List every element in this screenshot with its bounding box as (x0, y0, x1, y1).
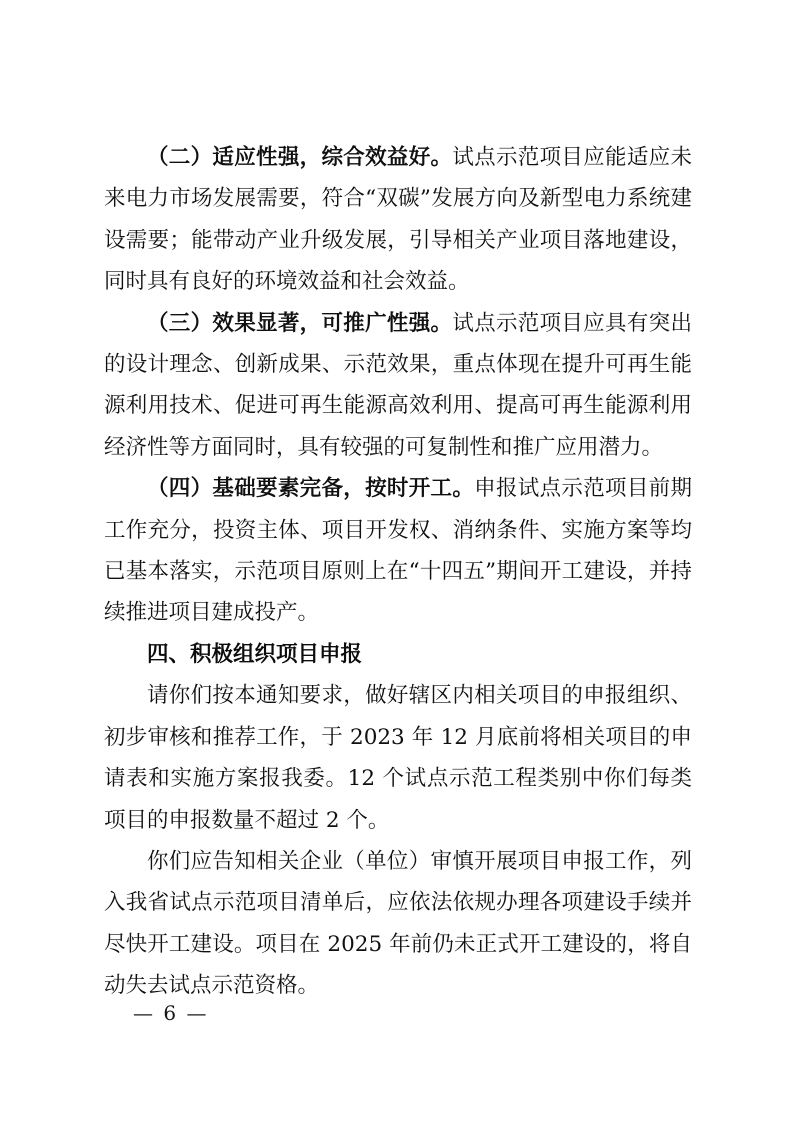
paragraph-bold-lead: （三）效果显著，可推广性强。 (147, 311, 452, 336)
paragraph-text: 你们应告知相关企业（单位）审慎开展项目申报工作，列入我省试点示范项目清单后，应依… (104, 849, 692, 998)
paragraph-bold-lead: （四）基础要素完备，按时开工。 (147, 476, 474, 501)
section-heading-four: 四、积极组织项目申报 (104, 634, 692, 675)
document-body: （二）适应性强，综合效益好。试点示范项目应能适应未来电力市场发展需要，符合“双碳… (104, 137, 692, 1007)
page-number: — 6 — (133, 998, 208, 1028)
paragraph-item-2: （二）适应性强，综合效益好。试点示范项目应能适应未来电力市场发展需要，符合“双碳… (104, 137, 692, 303)
paragraph-item-3: （三）效果显著，可推广性强。试点示范项目应具有突出的设计理念、创新成果、示范效果… (104, 303, 692, 469)
paragraph-bold-lead: （二）适应性强，综合效益好。 (147, 145, 452, 170)
paragraph-application: 请你们按本通知要求，做好辖区内相关项目的申报组织、初步审核和推荐工作，于 202… (104, 675, 692, 841)
paragraph-notice: 你们应告知相关企业（单位）审慎开展项目申报工作，列入我省试点示范项目清单后，应依… (104, 841, 692, 1007)
document-page: （二）适应性强，综合效益好。试点示范项目应能适应未来电力市场发展需要，符合“双碳… (0, 0, 794, 1123)
paragraph-text: 请你们按本通知要求，做好辖区内相关项目的申报组织、初步审核和推荐工作，于 202… (104, 683, 692, 832)
paragraph-item-4: （四）基础要素完备，按时开工。申报试点示范项目前期工作充分，投资主体、项目开发权… (104, 468, 692, 634)
